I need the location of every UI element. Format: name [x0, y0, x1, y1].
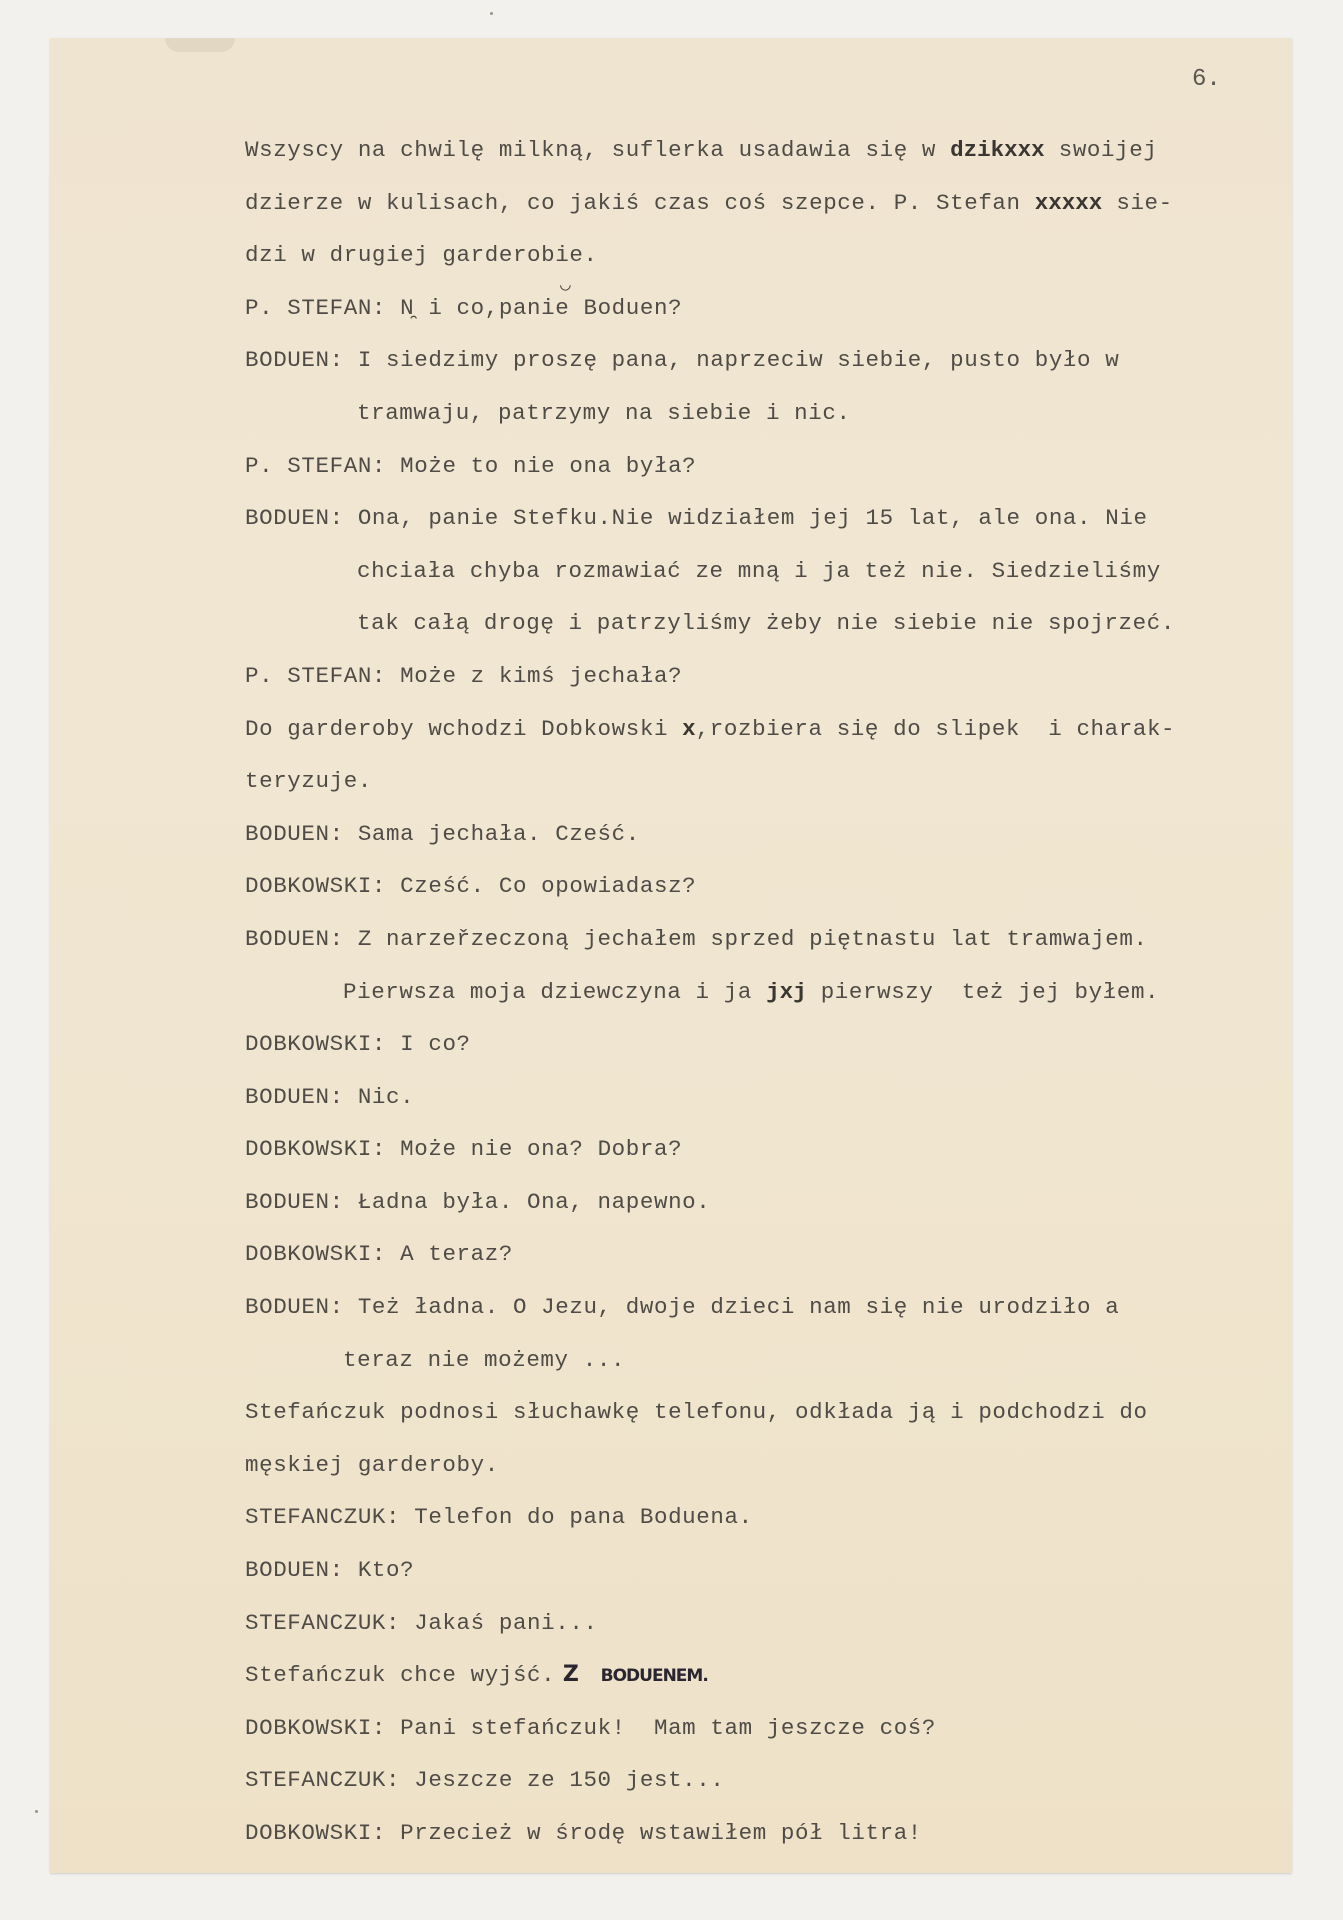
dialogue-line: BODUEN: Sama jechała. Cześć.: [245, 817, 1285, 870]
dialogue-text: Ona, panie Stefku.Nie widziałem jej 15 l…: [344, 505, 1148, 531]
text-segment: swoijej: [1045, 137, 1158, 163]
text-segment: Wszyscy na chwilę milkną, suflerka usada…: [245, 137, 950, 163]
handwritten-annotation: Z: [555, 1662, 586, 1687]
dialogue-text: Kto?: [344, 1557, 415, 1583]
dialogue-text: Może z kimś jechała?: [386, 663, 682, 689]
crossed-out-text: dzikxxx: [950, 137, 1045, 163]
dialogue-text: Cześć. Co opowiadasz?: [386, 873, 696, 899]
speaker-name: P. STEFAN:: [245, 295, 386, 321]
paper-smudge: [165, 38, 235, 52]
handwritten-breve-mark: ◡: [560, 269, 571, 303]
dialogue-line: DOBKOWSKI: Pani stefańczuk! Mam tam jesz…: [245, 1711, 1285, 1764]
dialogue-text: Jeszcze ze 150 jest...: [400, 1767, 724, 1793]
dialogue-text: Nic.: [344, 1084, 415, 1110]
dialogue-line: STEFANCZUK: Jeszcze ze 150 jest...: [245, 1763, 1285, 1816]
dialogue-line: DOBKOWSKI: Może nie ona? Dobra?: [245, 1132, 1285, 1185]
dialogue-continuation: tramwaju, patrzymy na siebie i nic.: [245, 396, 1285, 449]
dialogue-line: DOBKOWSKI: Cześć. Co opowiadasz?: [245, 869, 1285, 922]
crossed-out-text: jxj: [766, 979, 807, 1005]
dialogue-line: STEFANCZUK: Telefon do pana Boduena.: [245, 1500, 1285, 1553]
stage-direction: Wszyscy na chwilę milkną, suflerka usada…: [245, 133, 1285, 186]
speaker-name: BODUEN:: [245, 1557, 344, 1583]
speaker-name: P. STEFAN:: [245, 663, 386, 689]
text-segment: ,rozbiera się do slipek i charak-: [696, 716, 1175, 742]
speaker-name: BODUEN:: [245, 1189, 344, 1215]
dialogue-line: BODUEN: I siedzimy proszę pana, naprzeci…: [245, 343, 1285, 396]
stage-direction: męskiej garderoby.: [245, 1448, 1285, 1501]
dialogue-continuation: teraz nie możemy ...: [245, 1343, 1285, 1396]
dust-speck: [35, 1810, 38, 1813]
speaker-name: DOBKOWSKI:: [245, 1031, 386, 1057]
dust-speck: [490, 12, 493, 15]
dialogue-continuation: tak całą drogę i patrzyliśmy żeby nie si…: [245, 606, 1285, 659]
dialogue-line: BODUEN: Z narzeřzeczoną jechałem sprzed …: [245, 922, 1285, 975]
text-segment: Do garderoby wchodzi Dobkowski: [245, 716, 682, 742]
dialogue-text: Pani stefańczuk! Mam tam jeszcze coś?: [386, 1715, 936, 1741]
dialogue-text: I siedzimy proszę pana, naprzeciw siebie…: [344, 347, 1120, 373]
stage-direction: dzierze w kulisach, co jakiś czas coś sz…: [245, 186, 1285, 239]
speaker-name: BODUEN:: [245, 1084, 344, 1110]
dialogue-continuation: Pierwsza moja dziewczyna i ja jxj pierws…: [245, 975, 1285, 1028]
speaker-name: P. STEFAN:: [245, 453, 386, 479]
speaker-name: DOBKOWSKI:: [245, 873, 386, 899]
dialogue-continuation: chciała chyba rozmawiać ze mną i ja też …: [245, 554, 1285, 607]
dialogue-line: DOBKOWSKI: Przecież w środę wstawiłem pó…: [245, 1816, 1285, 1869]
dialogue-line: BODUEN: Nic.: [245, 1080, 1285, 1133]
stage-direction: teryzuje.: [245, 764, 1285, 817]
crossed-out-text: xxxxx: [1035, 190, 1103, 216]
speaker-name: BODUEN:: [245, 926, 344, 952]
speaker-name: BODUEN:: [245, 347, 344, 373]
text-segment: pierwszy też jej byłem.: [807, 979, 1160, 1005]
speaker-name: STEFANCZUK:: [245, 1610, 400, 1636]
speaker-name: STEFANCZUK:: [245, 1504, 400, 1530]
stage-direction: dzi w drugiej garderobie.: [245, 238, 1285, 291]
dialogue-line: P. STEFAN: Może z kimś jechała?: [245, 659, 1285, 712]
stage-direction: Stefańczuk podnosi słuchawkę telefonu, o…: [245, 1395, 1285, 1448]
dialogue-text: Sama jechała. Cześć.: [344, 821, 640, 847]
dialogue-line: ◡P. STEFAN: N̯ i co,panie Boduen?: [245, 291, 1285, 344]
speaker-name: BODUEN:: [245, 821, 344, 847]
dialogue-text: Jakaś pani...: [400, 1610, 597, 1636]
dialogue-text: Może to nie ona była?: [386, 453, 696, 479]
dialogue-text: Też ładna. O Jezu, dwoje dzieci nam się …: [344, 1294, 1120, 1320]
page-number: 6.: [1192, 66, 1221, 93]
dialogue-line: DOBKOWSKI: A teraz?: [245, 1237, 1285, 1290]
handwritten-annotation: BODUENEM.: [601, 1666, 708, 1686]
speaker-name: BODUEN:: [245, 1294, 344, 1320]
stage-direction: Do garderoby wchodzi Dobkowski x,rozbier…: [245, 712, 1285, 765]
dialogue-line: BODUEN: Ona, panie Stefku.Nie widziałem …: [245, 501, 1285, 554]
dialogue-line: P. STEFAN: Może to nie ona była?: [245, 449, 1285, 502]
speaker-name: STEFANCZUK:: [245, 1767, 400, 1793]
stage-direction: Stefańczuk chce wyjść. Z BODUENEM.: [245, 1658, 1285, 1711]
dialogue-line: BODUEN: Też ładna. O Jezu, dwoje dzieci …: [245, 1290, 1285, 1343]
speaker-name: DOBKOWSKI:: [245, 1241, 386, 1267]
dialogue-line: BODUEN: Ładna była. Ona, napewno.: [245, 1185, 1285, 1238]
text-segment: Stefańczuk chce wyjść.: [245, 1662, 555, 1688]
speaker-name: DOBKOWSKI:: [245, 1820, 386, 1846]
text-segment: dzierze w kulisach, co jakiś czas coś sz…: [245, 190, 1035, 216]
text-segment: Pierwsza moja dziewczyna i ja: [343, 979, 766, 1005]
dialogue-line: DOBKOWSKI: I co?: [245, 1027, 1285, 1080]
dialogue-text: Ładna była. Ona, napewno.: [344, 1189, 711, 1215]
dialogue-line: BODUEN: Kto?: [245, 1553, 1285, 1606]
speaker-name: DOBKOWSKI:: [245, 1715, 386, 1741]
dialogue-text: I co?: [386, 1031, 471, 1057]
dialogue-line: STEFANCZUK: Jakaś pani...: [245, 1606, 1285, 1659]
script-text: Wszyscy na chwilę milkną, suflerka usada…: [245, 133, 1285, 1869]
speaker-name: BODUEN:: [245, 505, 344, 531]
dialogue-text: Telefon do pana Boduena.: [400, 1504, 753, 1530]
dialogue-text: Przecież w środę wstawiłem pół litra!: [386, 1820, 922, 1846]
dialogue-text: Może nie ona? Dobra?: [386, 1136, 682, 1162]
crossed-out-text: x: [682, 716, 696, 742]
speaker-name: DOBKOWSKI:: [245, 1136, 386, 1162]
dialogue-text: N̯ i co,panie Boduen?: [386, 295, 682, 321]
dialogue-text: A teraz?: [386, 1241, 513, 1267]
dialogue-text: Z narzeřzeczoną jechałem sprzed piętnast…: [344, 926, 1148, 952]
text-segment: sie-: [1102, 190, 1173, 216]
